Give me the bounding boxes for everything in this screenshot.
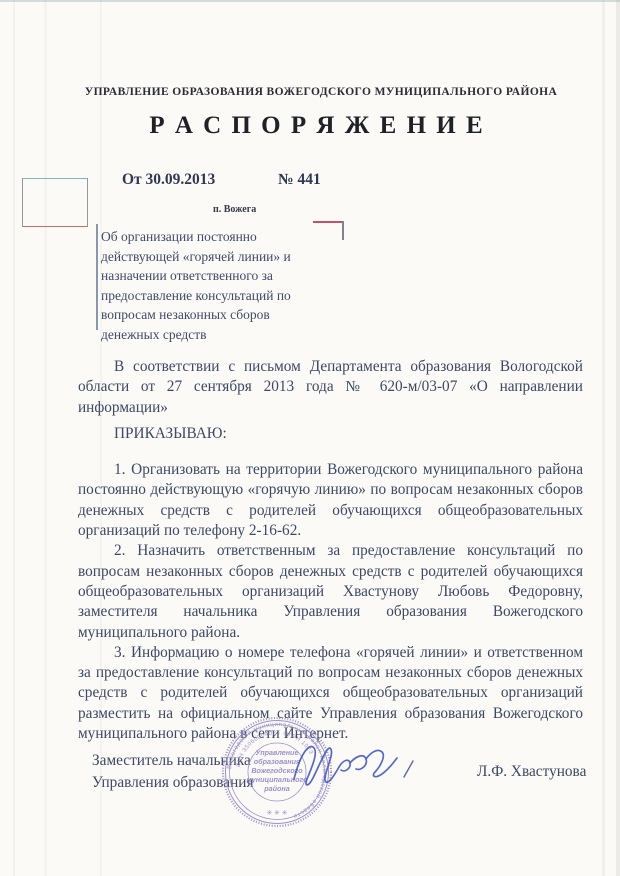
document-number: № 441 [278,171,321,189]
order-item-2: 2. Назначить ответственным за предоставл… [78,541,583,642]
document-date: От 30.09.2013 [122,171,215,189]
scan-edge-artifact [0,0,620,2]
intro-paragraph: В соответствии с письмом Департамента об… [78,357,583,418]
subject-line: предоставление консультаций по [101,286,323,306]
registration-box [22,178,88,227]
subject-line: Об организации постоянно [101,227,323,247]
order-item-1: 1. Организовать на территории Вожегодско… [78,460,583,541]
subject-block: Об организации постоянно действующей «го… [101,227,323,344]
document-title: Р А С П О Р Я Ж Е Н И Е [0,112,620,140]
subject-corner-mark [342,221,344,240]
subject-line: действующей «горячей линии» и [101,247,323,267]
organization-header: УПРАВЛЕНИЕ ОБРАЗОВАНИЯ ВОЖЕГОДСКОГО МУНИ… [0,86,620,98]
signature-slash-mark [399,758,419,780]
subject-left-rule [96,224,98,330]
order-word: ПРИКАЗЫВАЮ: [78,424,583,444]
document-body: В соответствии с письмом Департамента об… [78,357,583,744]
subject-corner-mark [313,221,343,223]
document-place: п. Вожега [213,204,256,215]
subject-line: назначении ответственного за [101,266,323,286]
stamp-stars: ✳ ✳ ✳ [266,809,287,817]
subject-line: денежных средств [101,325,323,345]
scanned-document-page: УПРАВЛЕНИЕ ОБРАЗОВАНИЯ ВОЖЕГОДСКОГО МУНИ… [0,0,620,876]
subject-line: вопросам незаконных сборов [101,305,323,325]
signer-name: Л.Ф. Хвастунова [477,763,586,781]
